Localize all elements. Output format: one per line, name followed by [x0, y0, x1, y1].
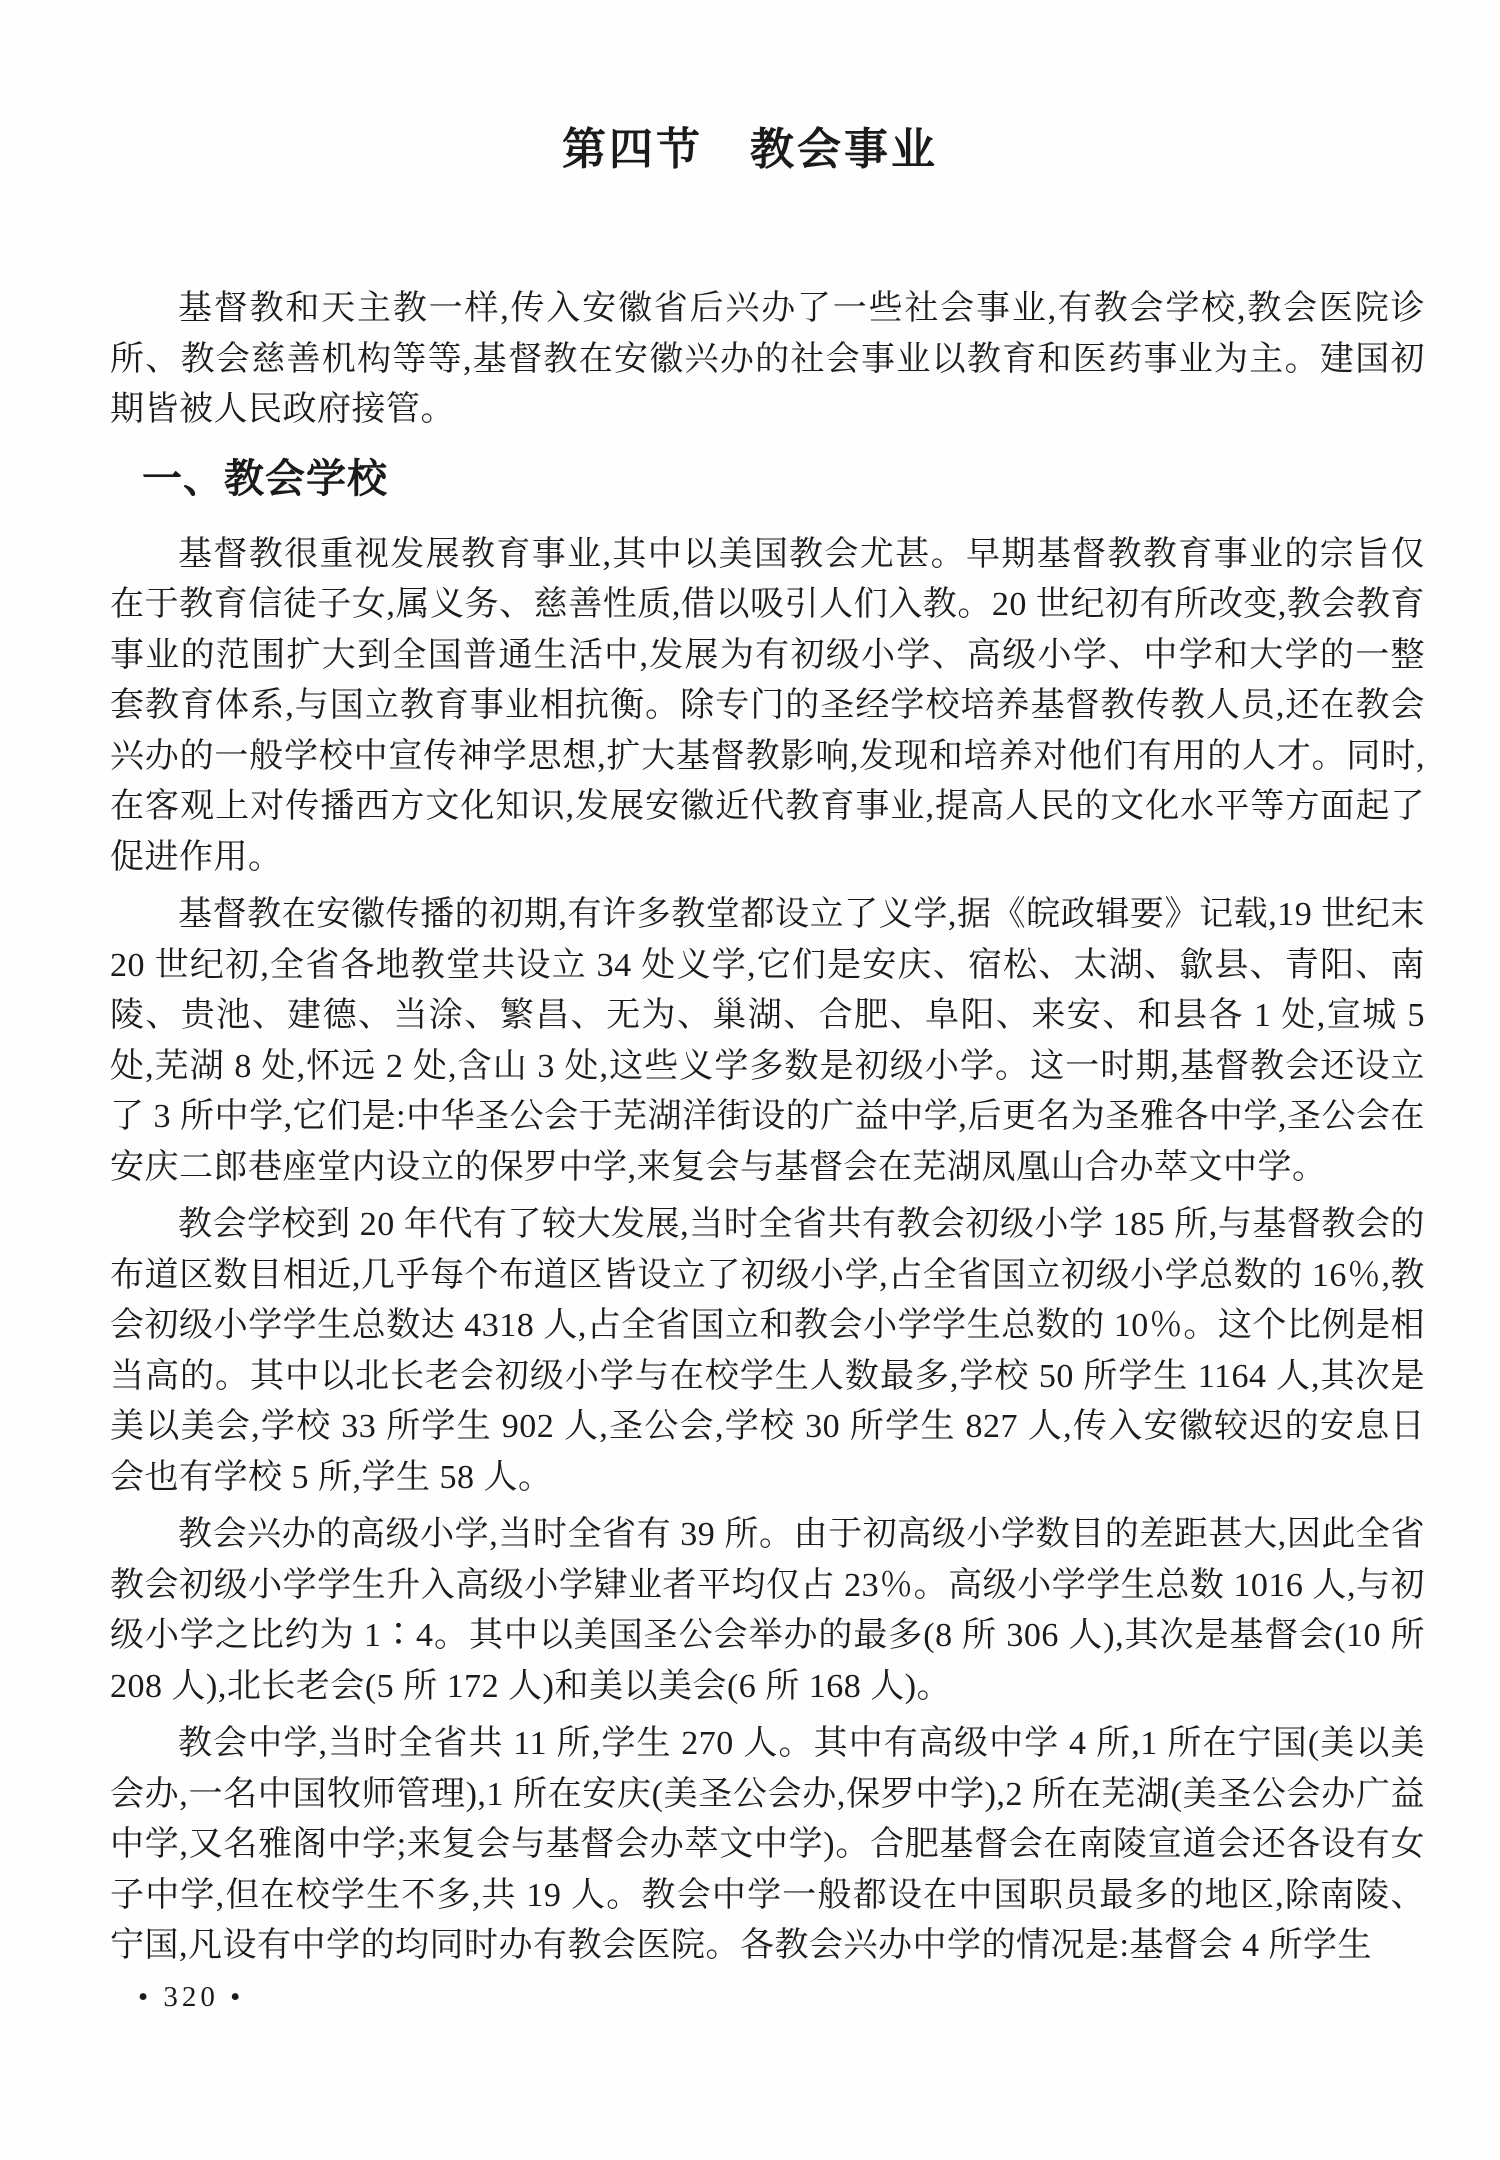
paragraph-intro: 基督教和天主教一样,传入安徽省后兴办了一些社会事业,有教会学校,教会医院诊所、教…: [110, 284, 1425, 436]
paragraph: 基督教很重视发展教育事业,其中以美国教会尤甚。早期基督教教育事业的宗旨仅在于教育…: [110, 530, 1425, 884]
paragraph: 基督教在安徽传播的初期,有许多教堂都设立了义学,据《皖政辑要》记载,19 世纪末…: [110, 890, 1425, 1193]
paragraph: 教会兴办的高级小学,当时全省有 39 所。由于初高级小学数目的差距甚大,因此全省…: [110, 1510, 1425, 1712]
paragraph: 教会中学,当时全省共 11 所,学生 270 人。其中有高级中学 4 所,1 所…: [110, 1719, 1425, 1972]
section-heading: 一、教会学校: [142, 457, 1425, 501]
page-title: 第四节 教会事业: [0, 0, 1500, 174]
page-number: • 320 •: [138, 1980, 1425, 2014]
paragraph: 教会学校到 20 年代有了较大发展,当时全省共有教会初级小学 185 所,与基督…: [110, 1200, 1425, 1503]
book-page: 第四节 教会事业 基督教和天主教一样,传入安徽省后兴办了一些社会事业,有教会学校…: [0, 0, 1500, 2160]
page-content: 基督教和天主教一样,传入安徽省后兴办了一些社会事业,有教会学校,教会医院诊所、教…: [110, 284, 1425, 2014]
